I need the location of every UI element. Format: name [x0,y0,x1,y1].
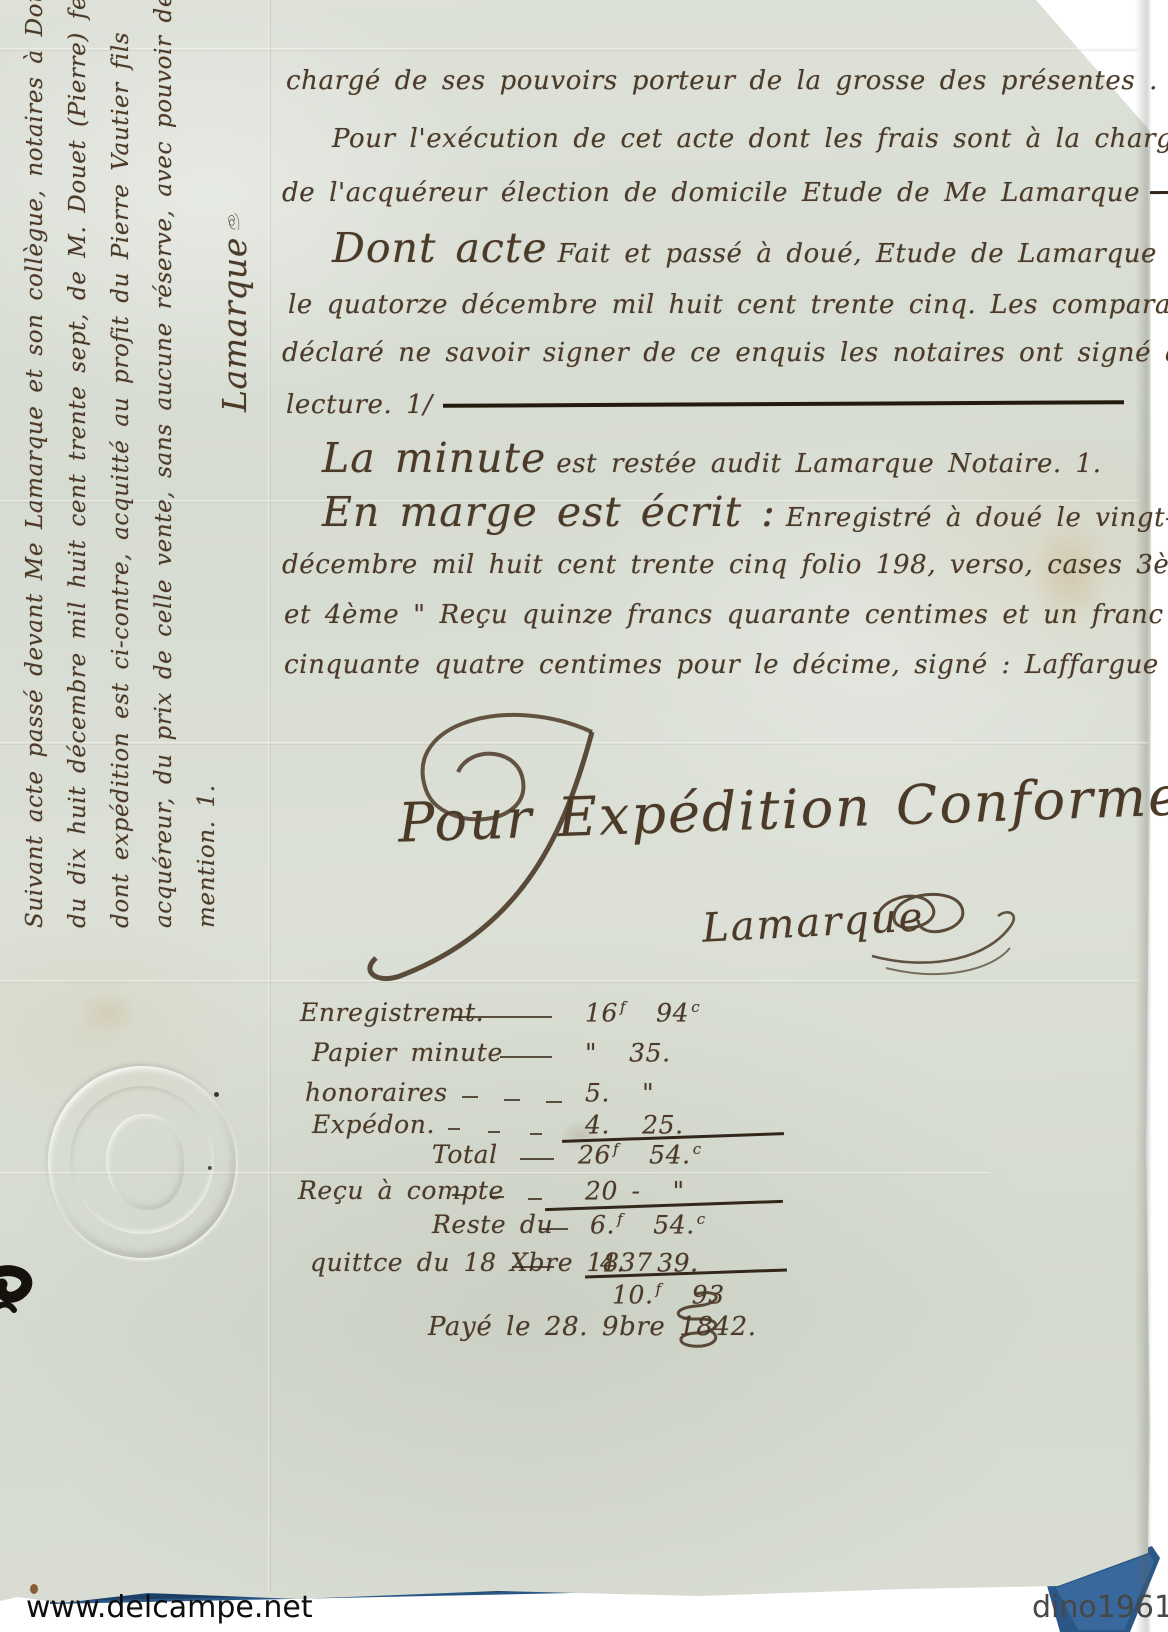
body-line-text: lecture. 1/ [286,390,433,420]
margin-line: Suivant acte passé devant Me Lamarque et… [14,12,57,928]
vertical-fold-crease [268,0,271,1592]
account-amount: 20 -" [585,1176,687,1205]
body-line: Pour l'exécution de cet acte dont les fr… [332,124,1124,154]
margin-signature: Lamarque [206,212,262,412]
account-label: Total [432,1140,498,1169]
margin-line: du dix huit décembre mil huit cent trent… [57,12,100,928]
account-row: Reste du 6.f54.c [0,1210,840,1250]
ink-dash [540,1228,568,1230]
signature-flourish-icon [660,1286,732,1356]
body-line-text: chargé de ses pouvoirs porteur de la gro… [286,66,1158,96]
ink-dash [452,1016,552,1018]
body-line: cinquante quatre centimes pour le décime… [284,650,1124,680]
ink-rule [1150,191,1168,194]
signature-flourish-icon [206,212,262,231]
body-line: lecture. 1/ [286,390,1124,420]
ink-dash [520,1158,554,1160]
account-row: Total 26f54.c [0,1140,840,1180]
account-label: Enregistremt. [300,998,484,1027]
body-line-text: et 4ème " Reçu quinze francs quarante ce… [284,600,1164,630]
account-amount: 5." [585,1078,656,1107]
body-line-text: cinquante quatre centimes pour le décime… [284,650,1168,680]
account-row: Papier minute "35. [0,1038,840,1078]
ink-dash [462,1096,478,1098]
body-line-text: de l'acquéreur élection de domicile Etud… [282,178,1140,208]
body-line-text: Enregistré à doué le vingt-un [786,503,1168,533]
watermark-delcampe: www.delcampe.net [26,1590,313,1625]
ink-dash [500,1056,552,1058]
watermark-seller: dino1961 [1032,1590,1168,1625]
body-line: En marge est écrit : Enregistré à doué l… [322,488,1124,536]
body-line-text: décembre mil huit cent trente cinq folio… [282,550,1168,580]
margin-signature-name: Lamarque [215,237,254,412]
account-amount: 4.25. [585,1110,686,1139]
body-line-lead: Dont acte [332,224,548,272]
account-amount: 26f54.c [578,1140,702,1169]
body-line-text: Pour l'exécution de cet acte dont les fr… [332,124,1168,154]
body-line: Dont acte Fait et passé à doué, Etude de… [332,224,1124,272]
account-label: honoraires [305,1078,448,1107]
account-label: Papier minute [312,1038,503,1067]
scanned-document-page: { "document_kind": "Acte notarié manuscr… [0,0,1168,1632]
body-line: le quatorze décembre mil huit cent trent… [288,290,1124,320]
body-line: La minute est restée audit Lamarque Nota… [322,434,1124,482]
ink-rule [443,400,1124,408]
ink-dash [512,1266,554,1268]
body-line: et 4ème " Reçu quinze francs quarante ce… [284,600,1124,630]
account-amount: 6.f54.c [590,1210,706,1239]
ink-dash [452,1194,466,1196]
ink-dash [448,1128,460,1130]
account-amount: "35. [585,1038,673,1067]
body-line-text: est restée audit Lamarque Notaire. 1. [556,449,1101,479]
body-line: chargé de ses pouvoirs porteur de la gro… [286,66,1124,96]
account-label: Reçu à compte [298,1176,504,1205]
margin-line: mention. 1. [186,12,229,928]
marginal-registration-note: Suivant acte passé devant Me Lamarque et… [14,12,229,928]
body-line-text: le quatorze décembre mil huit cent trent… [288,290,1168,320]
body-line-text: Fait et passé à doué, Etude de Lamarque [558,239,1157,269]
body-line: déclaré ne savoir signer de ce enquis le… [282,338,1124,368]
account-row: Enregistremt. 16f94c [0,998,840,1038]
account-label: Reste du [432,1210,553,1239]
account-amount: 16f94c [585,998,700,1027]
body-line: décembre mil huit cent trente cinq folio… [282,550,1124,580]
body-line-lead: La minute [322,434,546,482]
margin-line: acquéreur, du prix de celle vente, sans … [143,12,186,928]
binding-mark [0,1258,44,1318]
body-line-lead: En marge est écrit : [322,488,776,536]
signature-flourish-icon [862,872,1022,992]
body-line-text: déclaré ne savoir signer de ce enquis le… [282,338,1168,368]
margin-line: dont expédition est ci-contre, acquitté … [100,12,143,928]
account-label: Expédon. [312,1110,435,1139]
body-line: de l'acquéreur élection de domicile Etud… [282,178,1124,208]
